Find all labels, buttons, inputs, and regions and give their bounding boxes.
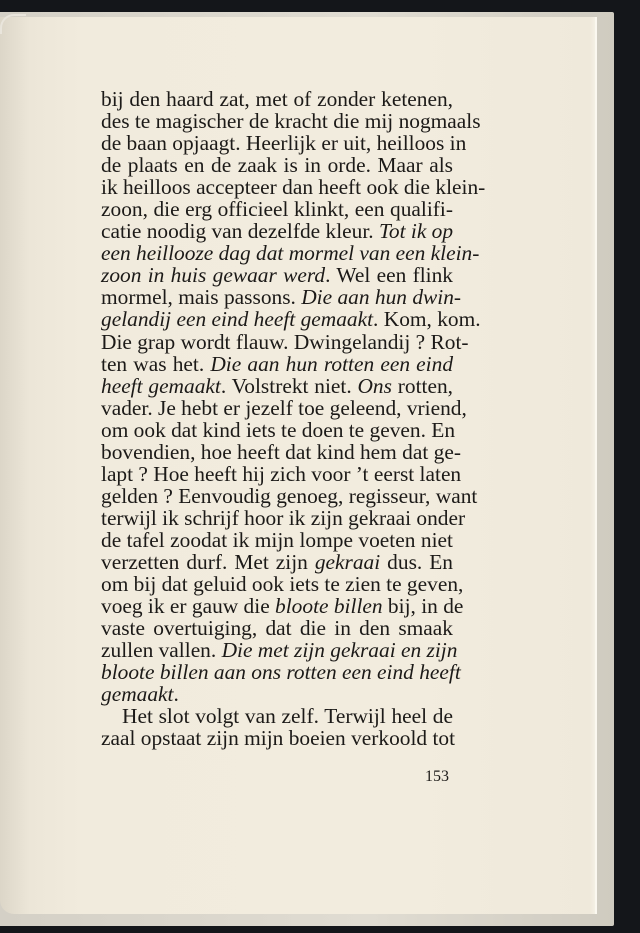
text-run: gelden ? Eenvoudig genoeg, regisseur, wa… (101, 484, 477, 508)
italic-text: Die aan hun dwin- (301, 285, 461, 309)
text-line: zoon, die erg officieel klinkt, een qual… (101, 198, 453, 220)
text-line: ten was het. Die aan hun rotten een eind (101, 353, 453, 375)
text-line: zaal opstaat zijn mijn boeien verkoold t… (101, 727, 453, 749)
text-run: verzetten durf. Met zijn (101, 550, 315, 574)
text-run: vader. Je hebt er jezelf toe geleend, vr… (101, 396, 467, 420)
text-line: vader. Je hebt er jezelf toe geleend, vr… (101, 397, 453, 419)
text-line: verzetten durf. Met zijn gekraai dus. En (101, 551, 453, 573)
text-run: vaste overtuiging, dat die in den smaak (101, 616, 453, 640)
text-line: gelandij een eind heeft gemaakt. Kom, ko… (101, 308, 453, 330)
text-run: zullen vallen. (101, 638, 222, 662)
text-line: zoon in huis gewaar werd. Wel een flink (101, 264, 453, 286)
text-run: des te magischer de kracht die mij nogma… (101, 109, 481, 133)
text-line: des te magischer de kracht die mij nogma… (101, 110, 453, 132)
text-line: de baan opjaagt. Heerlijk er uit, heillo… (101, 132, 453, 154)
text-run: . (173, 682, 178, 706)
text-run: bij den haard zat, met of zonder ketenen… (101, 87, 453, 111)
text-run: zoon, die erg officieel klinkt, een qual… (101, 197, 453, 221)
text-line: om bij dat geluid ook iets te zien te ge… (101, 573, 453, 595)
text-line: voeg ik er gauw die bloote billen bij, i… (101, 595, 453, 617)
text-line: Die grap wordt flauw. Dwingelandij ? Rot… (101, 331, 453, 353)
italic-text: zoon in huis gewaar werd (101, 263, 325, 287)
italic-text: bloote billen (275, 594, 383, 618)
text-line: gelden ? Eenvoudig genoeg, regisseur, wa… (101, 485, 453, 507)
text-run: de tafel zoodat ik mijn lompe voeten nie… (101, 528, 453, 552)
text-line: lapt ? Hoe heeft hij zich voor ’t eerst … (101, 463, 453, 485)
text-line: Het slot volgt van zelf. Terwijl heel de (101, 705, 453, 727)
text-line: bovendien, hoe heeft dat kind hem dat ge… (101, 441, 453, 463)
text-line: vaste overtuiging, dat die in den smaak (101, 617, 453, 639)
text-line: gemaakt. (101, 683, 453, 705)
text-run: . Kom, kom. (373, 307, 481, 331)
text-line: zullen vallen. Die met zijn gekraai en z… (101, 639, 453, 661)
page-number: 153 (425, 768, 449, 786)
body-text: bij den haard zat, met of zonder ketenen… (101, 88, 453, 749)
text-run: mormel, mais passons. (101, 285, 301, 309)
italic-text: gelandij een eind heeft gemaakt (101, 307, 373, 331)
italic-text: Die met zijn gekraai en zijn (222, 638, 458, 662)
text-run: ten was het. (101, 352, 210, 376)
italic-text: bloote billen aan ons rotten een eind he… (101, 660, 461, 684)
italic-text: gekraai (315, 550, 380, 574)
text-line: ik heilloos accepteer dan heeft ook die … (101, 176, 453, 198)
text-run: . Wel een flink (325, 263, 453, 287)
text-run: bovendien, hoe heeft dat kind hem dat ge… (101, 440, 461, 464)
text-run: rotten, (392, 374, 453, 398)
text-line: om ook dat kind iets te doen te geven. E… (101, 419, 453, 441)
text-line: heeft gemaakt. Volstrekt niet. Ons rotte… (101, 375, 453, 397)
italic-text: een heillooze dag dat mormel van een kle… (101, 241, 479, 265)
text-run: Die grap wordt flauw. Dwingelandij ? Rot… (101, 330, 469, 354)
text-run: zaal opstaat zijn mijn boeien verkoold t… (101, 726, 455, 750)
text-line: catie noodig van dezelfde kleur. Tot ik … (101, 220, 453, 242)
text-run: Het slot volgt van zelf. Terwijl heel de (122, 704, 453, 728)
text-run: om bij dat geluid ook iets te zien te ge… (101, 572, 463, 596)
text-line: bloote billen aan ons rotten een eind he… (101, 661, 453, 683)
scanned-book-page: bij den haard zat, met of zonder ketenen… (0, 0, 640, 933)
text-run: bij, in de (383, 594, 464, 618)
italic-text: Ons (357, 374, 391, 398)
italic-text: Die aan hun rotten een eind (210, 352, 453, 376)
text-run: voeg ik er gauw die (101, 594, 275, 618)
text-run: catie noodig van dezelfde kleur. (101, 219, 379, 243)
text-run: om ook dat kind iets te doen te geven. E… (101, 418, 455, 442)
text-line: terwijl ik schrijf hoor ik zijn gekraai … (101, 507, 453, 529)
italic-text: heeft gemaakt (101, 374, 221, 398)
text-line: de tafel zoodat ik mijn lompe voeten nie… (101, 529, 453, 551)
text-run: lapt ? Hoe heeft hij zich voor ’t eerst … (101, 462, 461, 486)
text-run: . Volstrekt niet. (221, 374, 358, 398)
text-line: bij den haard zat, met of zonder ketenen… (101, 88, 453, 110)
italic-text: Tot ik op (379, 219, 453, 243)
text-run: ik heilloos accepteer dan heeft ook die … (101, 175, 485, 199)
text-run: dus. En (380, 550, 453, 574)
text-run: de plaats en de zaak is in orde. Maar al… (101, 153, 453, 177)
text-run: terwijl ik schrijf hoor ik zijn gekraai … (101, 506, 465, 530)
text-line: mormel, mais passons. Die aan hun dwin- (101, 286, 453, 308)
italic-text: gemaakt (101, 682, 173, 706)
page-curl (0, 14, 26, 34)
text-line: een heillooze dag dat mormel van een kle… (101, 242, 453, 264)
text-line: de plaats en de zaak is in orde. Maar al… (101, 154, 453, 176)
text-run: de baan opjaagt. Heerlijk er uit, heillo… (101, 131, 466, 155)
